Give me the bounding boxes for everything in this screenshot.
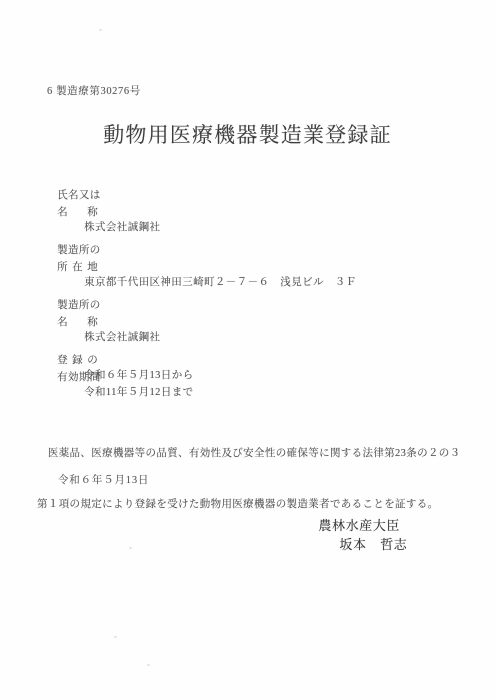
certificate-title: 動物用医療機器製造業登録証 <box>0 119 495 149</box>
signature-line: 農林水産大臣 坂本 哲志 <box>303 499 407 569</box>
site-address-label-bottom: 所在地 <box>57 259 98 274</box>
applicant-label-bottom: 名称 <box>57 204 98 219</box>
certification-statement-line2: 第１項の規定により登録を受けた動物用医療機器の製造業者であることを証する。 <box>37 496 477 513</box>
site-address-value: 東京都千代田区神田三崎町２－７－６ 浅見ビル ３Ｆ <box>84 274 357 289</box>
issue-date: 令和６年５月13日 <box>58 472 149 487</box>
issuer-name: 坂本 哲志 <box>339 537 407 552</box>
scan-speck <box>99 29 102 31</box>
scan-speck <box>147 664 150 666</box>
certificate-page: 6 製造療第30276号 動物用医療機器製造業登録証 氏名又は 名称 株式会社誠… <box>0 0 495 700</box>
doc-number: 6 製造療第30276号 <box>47 83 141 98</box>
registration-to-row: 有効期間 令和11年５月12日まで <box>45 358 194 410</box>
scan-speck <box>114 636 117 638</box>
site-name-label-bottom: 名称 <box>57 314 98 329</box>
registration-to-value: 令和11年５月12日まで <box>84 384 193 399</box>
certification-statement-line1: 医薬品、医療機器等の品質、有効性及び安全性の確保等に関する法律第23条の２の３ <box>37 445 477 462</box>
scan-speck <box>129 547 132 549</box>
issuer-title: 農林水産大臣 <box>318 518 400 533</box>
registration-label-bottom: 有効期間 <box>57 369 98 384</box>
